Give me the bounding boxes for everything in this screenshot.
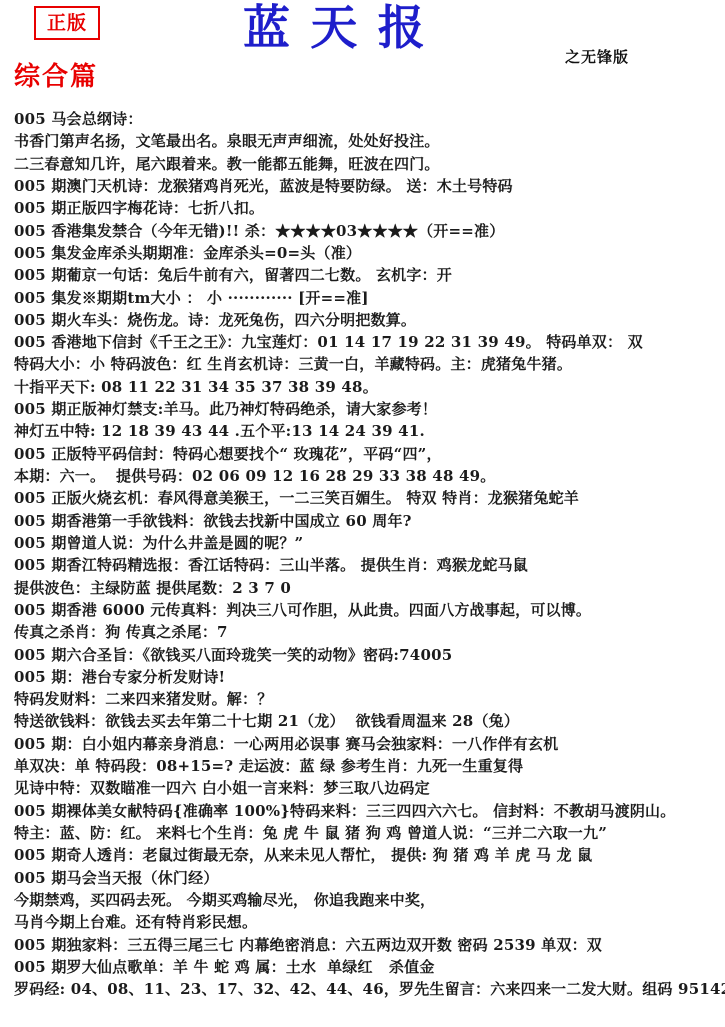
report-line: 005 集发※期期tm大小 ： 小 ············ [开==准] (14, 287, 719, 309)
report-line: 特主：蓝、防：红。 来料七个生肖：兔 虎 牛 鼠 猪 狗 鸡 曾道人说：“三并二… (14, 822, 719, 844)
report-line: 005 期澳门天机诗：龙猴猪鸡肖死光，蓝波是特要防绿。 送：木土号特码 (14, 175, 719, 197)
report-line: 005 期正版四字梅花诗：七折八扣。 (14, 197, 719, 219)
report-line: 提供波色：主绿防蓝 提供尾数：2 3 7 0 (14, 577, 719, 599)
report-line: 特码大小：小 特码波色：红 生肖玄机诗：三黄一白，羊藏特码。主：虎猪兔牛猪。 (14, 353, 719, 375)
report-line: 005 集发金库杀头期期准：金库杀头=0=头（准） (14, 242, 719, 264)
report-line: 005 期曾道人说：为什么井盖是圆的呢？” (14, 532, 719, 554)
report-body: 005 马会总纲诗： 书香门第声名扬，文笔最出名。泉眼无声声细流，处处好投注。 … (14, 108, 719, 1001)
report-line: 005 期奇人透肖：老鼠过街最无奈，从来未见人帮忙， 提供: 狗 猪 鸡 羊 虎… (14, 844, 719, 866)
report-line: 见诗中特：双数瞄准一四六 白小姐一言来料：梦三取八边码定 (14, 777, 719, 799)
report-line: 005 期独家料：三五得三尾三七 内幕绝密消息：六五两边双开数 密码 2539 … (14, 934, 719, 956)
report-line: 十指平天下: 08 11 22 31 34 35 37 38 39 48。 (14, 376, 719, 398)
report-line: 005 期裸体美女献特码{准确率 100%}特码来料：三三四四六六七。 信封料：… (14, 800, 719, 822)
report-line: 罗码经: 04、08、11、23、17、32、42、44、46，罗先生留言：六来… (14, 978, 719, 1000)
report-line: 传真之杀肖：狗 传真之杀尾：7 (14, 621, 719, 643)
report-line: 005 期：港台专家分析发财诗! (14, 666, 719, 688)
report-line: 005 期：白小姐内幕亲身消息：一心两用必误事 赛马会独家料：一八作伴有玄机 (14, 733, 719, 755)
report-page: 正版 蓝 天 报 之无锋版 综合篇 005 马会总纲诗： 书香门第声名扬，文笔最… (0, 0, 725, 1027)
report-line: 特送欲钱料：欲钱去买去年第二十七期 21（龙） 欲钱看周温来 28（兔） (14, 710, 719, 732)
report-line: 005 香港集发禁合（今年无错)!! 杀：★★★★03★★★★（开==准） (14, 220, 719, 242)
report-line: 神灯五中特: 12 18 39 43 44 .五个平:13 14 24 39 4… (14, 420, 719, 442)
genuine-stamp: 正版 (34, 6, 100, 40)
report-line: 书香门第声名扬，文笔最出名。泉眼无声声细流，处处好投注。 (14, 130, 719, 152)
report-line: 005 正版火烧玄机：春风得意美猴王，一二三笑百媚生。 特双 特肖：龙猴猪兔蛇羊 (14, 487, 719, 509)
report-line: 005 正版特平码信封：特码心想要找个“ 玫瑰花”，平码“四”， (14, 443, 719, 465)
report-line: 特码发财料：二来四来猪发财。解：？ (14, 688, 719, 710)
report-line: 今期禁鸡，买四码去死。 今期买鸡输尽光， 你追我跑来中奖， (14, 889, 719, 911)
report-line: 005 期罗大仙点歌单：羊 牛 蛇 鸡 属：土水 单绿红 杀值金 (14, 956, 719, 978)
report-line: 005 马会总纲诗： (14, 108, 719, 130)
page-title: 蓝 天 报 (243, 0, 483, 58)
report-line: 本期：六一。 提供号码：02 06 09 12 16 28 29 33 38 4… (14, 465, 719, 487)
genuine-stamp-label: 正版 (47, 14, 87, 33)
report-line: 二三春意知几许，尾六跟着来。教一能都五能舞，旺波在四门。 (14, 153, 719, 175)
report-line: 005 香港地下信封《千王之王》：九宝莲灯：01 14 17 19 22 31 … (14, 331, 719, 353)
edition-label: 之无锋版 (565, 46, 629, 67)
report-line: 005 期葡京一句话：兔后牛前有六，留著四二七数。 玄机字：开 (14, 264, 719, 286)
report-line: 005 期香港第一手欲钱料：欲钱去找新中国成立 60 周年? (14, 510, 719, 532)
report-line: 005 期六合圣旨：《欲钱买八面玲珑笑一笑的动物》密码:74005 (14, 644, 719, 666)
report-line: 单双决：单 特码段：08+15=? 走运波：蓝 绿 参考生肖：九死一生重复得 (14, 755, 719, 777)
report-line: 005 期火车头：烧伤龙。诗：龙死兔伤，四六分明把数算。 (14, 309, 719, 331)
report-line: 005 期马会当天报（休门经） (14, 867, 719, 889)
report-line: 005 期香港 6000 元传真料：判决三八可作胆，从此贵。四面八方战事起，可以… (14, 599, 719, 621)
report-line: 马肖今期上台难。还有特肖彩民想。 (14, 911, 719, 933)
section-title: 综合篇 (14, 56, 98, 93)
report-line: 005 期香江特码精选报：香江话特码：三山半落。 提供生肖：鸡猴龙蛇马鼠 (14, 554, 719, 576)
report-line: 005 期正版神灯禁支:羊马。此乃神灯特码绝杀，请大家参考！ (14, 398, 719, 420)
